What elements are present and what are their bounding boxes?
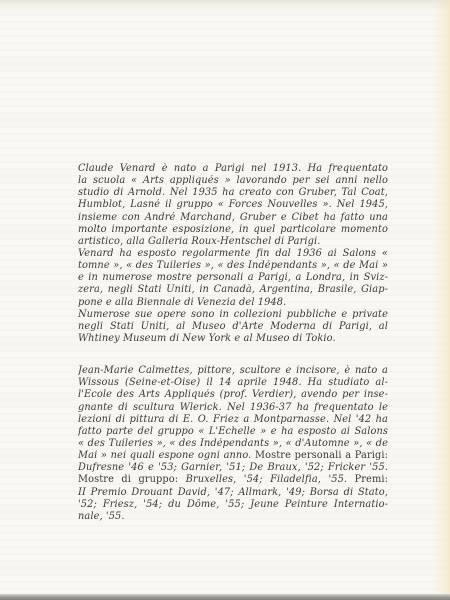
text-line: e in numerose mostre personali a Parigi,…	[78, 272, 388, 284]
page-right-edge	[434, 0, 450, 600]
text-segment: Dufresne '46 e '53; Garnier, '51; De Bra…	[78, 462, 388, 473]
text-segment: gnante di scultura Wlerick. Nel 1936-37 …	[78, 402, 388, 413]
text-segment: artistico, alla Galleria Roux-Hentschel …	[78, 236, 320, 247]
text-segment: Jean-Marie Calmettes, pittore, scultore …	[78, 365, 388, 376]
text-line: artistico, alla Galleria Roux-Hentschel …	[78, 236, 388, 248]
page-top-edge	[0, 0, 450, 10]
text-segment: studio di Arnold. Nel 1935 ha creato con…	[78, 187, 388, 198]
text-segment: insieme con André Marchand, Gruber e Cib…	[78, 212, 388, 223]
text-segment: Bruxelles, '54; Filadelfia, '55.	[186, 474, 355, 485]
text-segment: Humblot, Lasné il gruppo « Forces Nouvel…	[78, 199, 388, 210]
text-line: '52; Friesz, '54; du Dôme, '55; Jeune Pe…	[78, 499, 388, 511]
book-page: Claude Venard è nato a Parigi nel 1913. …	[0, 0, 450, 600]
text-line: pone e alla Biennale di Venezia del 1948…	[78, 297, 388, 309]
page-bottom-edge	[0, 594, 450, 600]
text-segment: e in numerose mostre personali a Parigi,…	[78, 272, 388, 283]
text-line: Whtiney Museum di New York e al Museo di…	[78, 333, 388, 345]
text-segment: lezioni di pittura di E. O. Friez a Mont…	[78, 414, 388, 425]
text-line: Dufresne '46 e '53; Garnier, '51; De Bra…	[78, 462, 388, 474]
text-line: nale, '55.	[78, 511, 388, 523]
text-line: « des Tuileries », « des Indépendants »,…	[78, 438, 388, 450]
text-line: gnante di scultura Wlerick. Nel 1936-37 …	[78, 402, 388, 414]
text-segment: la scuola « Arts appliqués » lavorando p…	[78, 175, 388, 186]
calmettes-biography: Jean-Marie Calmettes, pittore, scultore …	[78, 365, 388, 523]
text-segment: l'École des Arts Appliqués (prof. Verdie…	[78, 389, 388, 400]
text-segment: Wissous (Seine-et-Oise) il 14 aprile 194…	[78, 377, 388, 388]
text-segment: fatto parte del gruppo « L'Echelle » e h…	[78, 426, 388, 437]
text-line: fatto parte del gruppo « L'Echelle » e h…	[78, 426, 388, 438]
text-line: zera, negli Stati Uniti, in Canadà, Arge…	[78, 284, 388, 296]
text-line: negli Stati Uniti, al Museo d'Arte Moder…	[78, 321, 388, 333]
venard-biography: Claude Venard è nato a Parigi nel 1913. …	[78, 163, 388, 345]
text-line: Venard ha esposto regolarmente fin dal 1…	[78, 248, 388, 260]
text-segment: negli Stati Uniti, al Museo d'Arte Moder…	[78, 321, 388, 332]
text-segment: Whtiney Museum di New York e al Museo di…	[78, 333, 336, 344]
text-line: lezioni di pittura di E. O. Friez a Mont…	[78, 414, 388, 426]
text-segment: nale, '55.	[78, 511, 125, 522]
text-line: molto importante esposizione, in quel pa…	[78, 224, 388, 236]
text-line: tomne », « des Tuileries », « des Indépe…	[78, 260, 388, 272]
text-line: Numerose sue opere sono in collezioni pu…	[78, 309, 388, 321]
text-segment: tomne », « des Tuileries », « des Indépe…	[78, 260, 388, 271]
text-line: l'École des Arts Appliqués (prof. Verdie…	[78, 389, 388, 401]
text-segment: molto importante esposizione, in quel pa…	[78, 224, 388, 235]
text-segment: '52; Friesz, '54; du Dôme, '55; Jeune Pe…	[78, 499, 388, 510]
text-line: Wissous (Seine-et-Oise) il 14 aprile 194…	[78, 377, 388, 389]
text-line: la scuola « Arts appliqués » lavorando p…	[78, 175, 388, 187]
text-segment-roman: Premi:	[355, 474, 388, 485]
text-segment: pone e alla Biennale di Venezia del 1948…	[78, 297, 286, 308]
page-text: Claude Venard è nato a Parigi nel 1913. …	[78, 163, 388, 523]
text-line: Jean-Marie Calmettes, pittore, scultore …	[78, 365, 388, 377]
text-line: Humblot, Lasné il gruppo « Forces Nouvel…	[78, 199, 388, 211]
text-line: Mostre di gruppo: Bruxelles, '54; Filade…	[78, 474, 388, 486]
text-segment-roman: Mostre personali a Parigi:	[255, 450, 388, 461]
text-segment: zera, negli Stati Uniti, in Canadà, Arge…	[78, 284, 388, 295]
text-segment: « des Tuileries », « des Indépendants »,…	[78, 438, 388, 449]
text-segment: II Premio Drouant David, '47; Allmark, '…	[78, 487, 388, 498]
text-segment: Mai » nei quali espone ogni anno.	[78, 450, 255, 461]
text-line: Mai » nei quali espone ogni anno. Mostre…	[78, 450, 388, 462]
text-segment-roman: Mostre di gruppo:	[78, 474, 186, 485]
text-segment: Numerose sue opere sono in collezioni pu…	[78, 309, 388, 320]
text-segment: Claude Venard è nato a Parigi nel 1913. …	[78, 163, 388, 174]
text-segment: Venard ha esposto regolarmente fin dal 1…	[78, 248, 388, 260]
text-line: studio di Arnold. Nel 1935 ha creato con…	[78, 187, 388, 199]
text-line: insieme con André Marchand, Gruber e Cib…	[78, 212, 388, 224]
text-line: Claude Venard è nato a Parigi nel 1913. …	[78, 163, 388, 175]
text-line: II Premio Drouant David, '47; Allmark, '…	[78, 487, 388, 499]
